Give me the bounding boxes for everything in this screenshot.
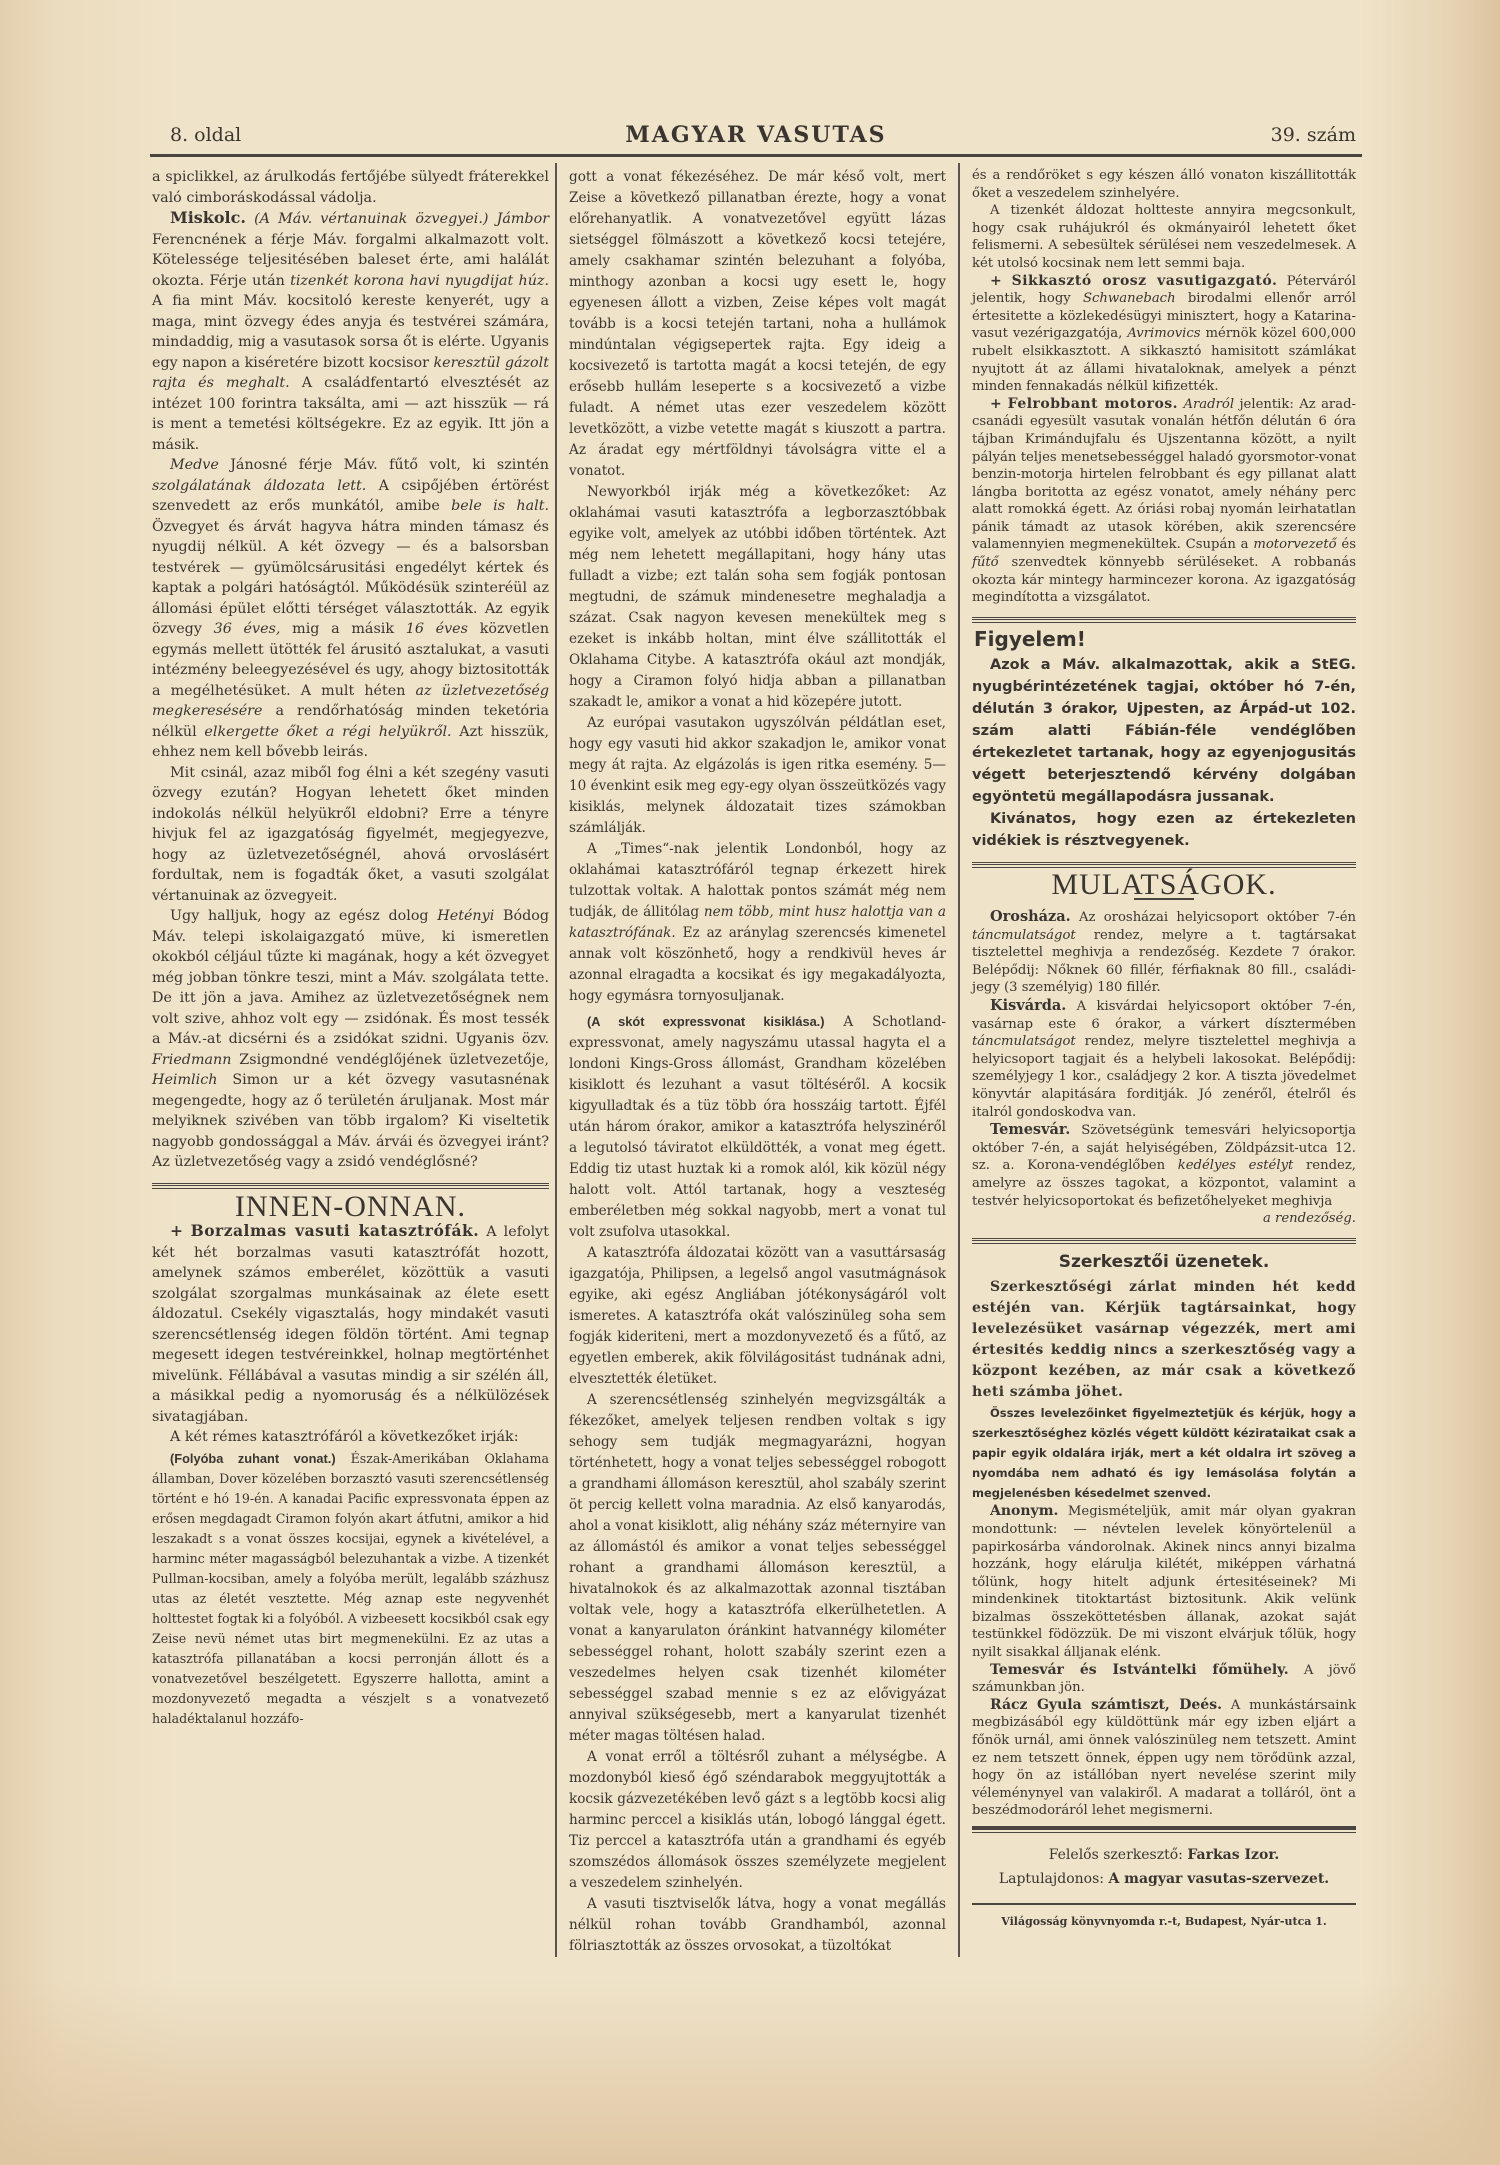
section-divider <box>972 1238 1356 1244</box>
emphasis: táncmulatságot <box>972 1034 1076 1049</box>
paragraph: gott a vonat fékezéséhez. De már késő vo… <box>569 167 946 482</box>
paragraph: + Borzalmas vasuti katasztrófák. A lefol… <box>152 1221 549 1427</box>
place-name: Kisvárda. <box>990 997 1066 1014</box>
cross-icon: + <box>170 1221 184 1240</box>
paragraph: (A skót expressvonat kisiklása.) A Schot… <box>569 1011 946 1243</box>
editor-label: Felelős szerkesztő: <box>1049 1847 1183 1863</box>
editor-line: Felelős szerkesztő: Farkas Izor. <box>972 1843 1356 1867</box>
reply-anonym: Anonym. Megismételjük, amit már olyan gy… <box>972 1503 1356 1661</box>
text: Zsigmondné vendéglőjének üzletvezetője, <box>231 1052 549 1068</box>
emphasis: szolgálatának áldozata lett. <box>152 478 366 494</box>
text: Az orosházai helyicsoport október 7-én <box>1071 910 1356 925</box>
emphasis: elkergette őket a régi helyükről. <box>204 724 451 740</box>
paragraph: Medve Jánosné férje Máv. fűtő volt, ki s… <box>152 455 549 763</box>
person-name: Jámbor <box>497 211 549 227</box>
paragraph: Mit csinál, azaz miből fog élni a két sz… <box>152 763 549 907</box>
person-name: Hetényi <box>437 908 494 924</box>
footer-divider <box>972 1826 1356 1833</box>
event-kisvarda: Kisvárda. A kisvárdai helyicsoport októb… <box>972 997 1356 1121</box>
owner-name: A magyar vasutas-szervezet. <box>1108 1871 1329 1887</box>
cross-icon: + <box>990 273 1002 289</box>
person-name: Medve <box>170 457 219 473</box>
article-felrobbant: + Felrobbant motoros. Aradról jelentik: … <box>972 396 1356 607</box>
paragraph: és a rendőröket s egy készen álló vonato… <box>972 167 1356 202</box>
cross-icon: + <box>990 396 1002 412</box>
issue-number: 39. szám <box>1271 124 1356 146</box>
event-oroshaza: Orosháza. Az orosházai helyicsoport októ… <box>972 908 1356 997</box>
notice-figyelem: Figyelem! Azok a Máv. alkalmazottak, aki… <box>972 631 1356 853</box>
person-name: Friedmann <box>152 1052 231 1068</box>
article-continuation: a spiclikkel, az árulkodás fertőjébe sül… <box>152 167 549 208</box>
article-headline: Sikkasztó orosz vasutigazgató. <box>1012 273 1278 289</box>
person-name: Avrimovics <box>1127 326 1200 341</box>
paragraph: A szerencsétlenség szinhelyén megvizsgál… <box>569 1390 946 1747</box>
article-subtitle: (A Máv. vértanuinak özvegyei.) <box>254 211 488 227</box>
text: A munkástársaink megbizásából egy küldöt… <box>972 1698 1356 1819</box>
article-headline: Felrobbant motoros. <box>1008 396 1178 412</box>
text: Özvegyet és árvát hagyva hátra minden tá… <box>152 519 549 638</box>
section-title-innen-onnan: INNEN-ONNAN. <box>152 1197 549 1218</box>
text: és <box>1337 537 1356 552</box>
article-headline: Borzalmas vasuti katasztrófák. <box>191 1221 480 1240</box>
place-name: Temesvár. <box>990 1121 1070 1138</box>
article-borzalmas: + Borzalmas vasuti katasztrófák. A lefol… <box>152 1221 549 1729</box>
recipient-name: Rácz Gyula számtiszt, Deés. <box>990 1697 1222 1713</box>
masthead: 8. oldal MAGYAR VASUTAS 39. szám <box>150 118 1362 157</box>
person-name: Schwanebach <box>1083 291 1176 306</box>
notice-body: Azok a Máv. alkalmazottak, akik a StEG. … <box>972 654 1356 808</box>
text: Megismételjük, amit már olyan gyakran mo… <box>972 1504 1356 1660</box>
paragraph: Ugy halljuk, hogy az egész dolog Hetényi… <box>152 906 549 1173</box>
article-sikkaszto: + Sikkasztó orosz vasutigazgató. Pétervá… <box>972 273 1356 396</box>
section-divider <box>152 1183 549 1189</box>
owner-line: Laptulajdonos: A magyar vasutas-szerveze… <box>972 1867 1356 1891</box>
editor-name: Farkas Izor. <box>1187 1847 1279 1863</box>
subheading: (Folyóba zuhant vonat.) <box>170 1451 336 1466</box>
signature: a rendezőség. <box>972 1210 1356 1228</box>
text: A lefolyt két hét borzalmas vasuti katas… <box>152 1224 549 1425</box>
emphasis: tizenkét korona havi nyugdijat húz. <box>290 273 549 289</box>
person-name: Heimlich <box>152 1072 217 1088</box>
paragraph: Newyorkból irják még a következőket: Az … <box>569 482 946 713</box>
emphasis: kedélyes estélyt <box>1178 1158 1294 1173</box>
text: Észak-Amerikában Oklahama államban, Dove… <box>152 1451 549 1726</box>
imprint: Felelős szerkesztő: Farkas Izor. Laptula… <box>972 1843 1356 1931</box>
paper-edge-shading <box>0 1980 1500 2165</box>
emphasis: 36 éves, <box>214 621 281 637</box>
text: Bódog Máv. telepi iskolaigazgató müve, k… <box>152 908 549 1047</box>
paragraph: A „Times“-nak jelentik Londonból, hogy a… <box>569 839 946 1007</box>
paragraph: Az európai vasutakon ugyszólván példátla… <box>569 713 946 839</box>
paragraph: (Folyóba zuhant vonat.) Észak-Amerikában… <box>152 1448 549 1729</box>
event-temesvar: Temesvár. Szövetségünk temesvári helyics… <box>972 1121 1356 1210</box>
article-place: Miskolc. <box>170 208 246 227</box>
notice-body: Kivánatos, hogy ezen az értekezleten vid… <box>972 808 1356 852</box>
place-name: Aradról <box>1183 397 1234 412</box>
article-miskolc: Miskolc. (A Máv. vértanuinak özvegyei.) … <box>152 208 549 1173</box>
section-divider <box>972 617 1356 623</box>
editorial-notice: Szerkesztőségi zárlat minden hét kedd es… <box>972 1277 1356 1403</box>
text: mig a másik <box>280 621 405 637</box>
column-1: a spiclikkel, az árulkodás fertőjébe sül… <box>150 163 555 1957</box>
paragraph: A két rémes katasztrófáról a következőke… <box>152 1427 549 1448</box>
recipient-name: Temesvár és Istvántelki főmühely. <box>990 1662 1289 1678</box>
section-title-szerkesztoi: Szerkesztői üzenetek. <box>972 1254 1356 1272</box>
text: szenvedtek könnyebb sérüléseket. A robba… <box>972 555 1356 605</box>
paragraph: A katasztrófa áldozatai között van a vas… <box>569 1243 946 1390</box>
text: jelentik: Az arad-csanádi egyesült vasut… <box>972 397 1356 553</box>
column-3: és a rendőröket s egy készen álló vonato… <box>960 163 1362 1957</box>
column-2: gott a vonat fékezéséhez. De már késő vo… <box>555 163 960 1957</box>
text: Jánosné férje Máv. fűtő volt, ki szintén <box>219 457 549 473</box>
text: Ugy halljuk, hogy az egész dolog <box>170 908 437 924</box>
section-title-mulatsagok: MULATSÁGOK. <box>972 876 1356 894</box>
emphasis: táncmulatságot <box>972 928 1076 943</box>
emphasis: bele is halt. <box>451 498 549 514</box>
paragraph: Miskolc. (A Máv. vértanuinak özvegyei.) … <box>152 208 549 455</box>
paragraph: A vonat erről a töltésről zuhant a mélys… <box>569 1747 946 1894</box>
editorial-notice: Összes levelezőinket figyelmeztetjük és … <box>972 1403 1356 1503</box>
printer-line: Világosság könyvnyomda r.-t, Budapest, N… <box>972 1903 1356 1931</box>
owner-label: Laptulajdonos: <box>999 1871 1104 1887</box>
subheading: (A skót expressvonat kisiklása.) <box>587 1014 825 1029</box>
emphasis: 16 éves <box>406 621 468 637</box>
text: A Schotland-expressvonat, amely nagyszám… <box>569 1014 946 1240</box>
place-name: Orosháza. <box>990 908 1071 925</box>
columns: a spiclikkel, az árulkodás fertőjébe sül… <box>150 163 1362 1957</box>
newspaper-page: 8. oldal MAGYAR VASUTAS 39. szám a spicl… <box>150 118 1362 1957</box>
reply-temesvar: Temesvár és Istvántelki főmühely. A jövő… <box>972 1662 1356 1697</box>
newspaper-title: MAGYAR VASUTAS <box>150 122 1362 148</box>
notice-title: Figyelem! <box>974 631 1356 649</box>
emphasis: motorvezető <box>1253 537 1336 552</box>
paragraph: A vasuti tisztviselők látva, hogy a vona… <box>569 1894 946 1957</box>
paragraph: A tizenkét áldozat holtteste annyira meg… <box>972 202 1356 272</box>
recipient-name: Anonym. <box>990 1503 1058 1519</box>
emphasis: fűtő <box>972 555 999 570</box>
reply-racz: Rácz Gyula számtiszt, Deés. A munkástárs… <box>972 1697 1356 1820</box>
